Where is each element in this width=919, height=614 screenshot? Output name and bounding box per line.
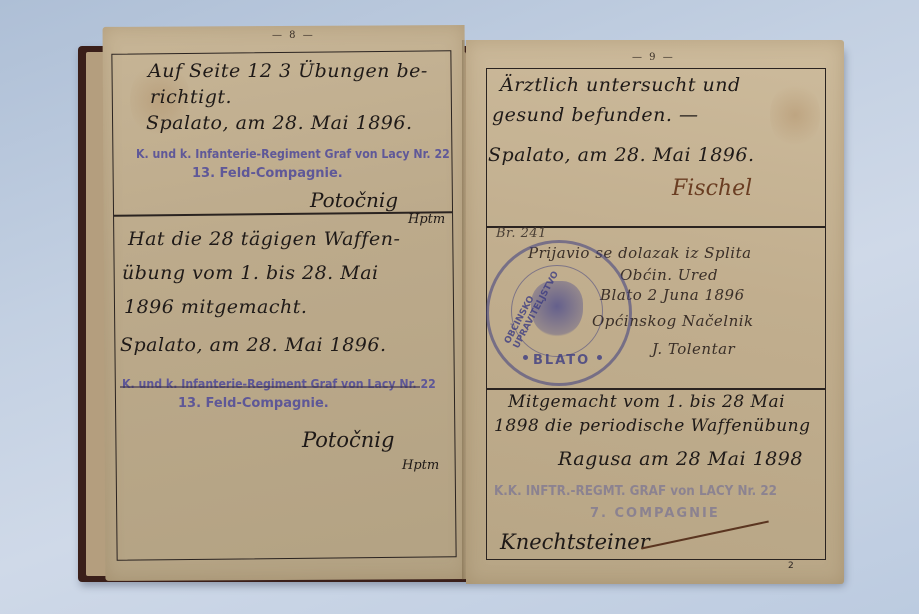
left-entry1-signature: Potočnig (310, 188, 398, 212)
right-entry1-signature: Fischel (672, 176, 752, 201)
left-entry2-stamp-line1: K. und k. Infanterie-Regiment Graf von L… (122, 376, 436, 391)
left-entry2-line2: übung vom 1. bis 28. Mai (122, 262, 379, 284)
right-entry1-place-date: Spalato, am 28. Mai 1896. (488, 144, 755, 166)
left-entry1-signature-title: Hptm (408, 212, 445, 227)
seal-dot (597, 355, 602, 360)
right-entry3-place-date: Ragusa am 28 Mai 1898 (558, 448, 803, 470)
seal-dot (523, 355, 528, 360)
right-entry3-line1: Mitgemacht vom 1. bis 28 Mai (508, 392, 785, 412)
left-entry1-stamp-line1: K. und k. Infanterie-Regiment Graf von L… (136, 146, 450, 161)
right-entry3-line2: 1898 die periodische Waffenübung (494, 416, 811, 436)
left-entry2-stamp-line2: 13. Feld-Compagnie. (178, 396, 329, 411)
left-page-number: — 8 — (272, 30, 315, 41)
right-entry1-line1: Ärztlich untersucht und (500, 74, 741, 96)
right-page-number: — 9 — (632, 52, 675, 63)
right-footer-mark: 2 (788, 561, 794, 571)
left-entry2-signature-title: Hptm (402, 458, 439, 473)
right-entry2-prefix: Br. 241 (496, 226, 547, 241)
right-entry3-stamp-line1: K.K. INFTR.-REGMT. GRAF von LACY Nr. 22 (494, 484, 777, 499)
left-entry2-signature: Potočnig (302, 428, 394, 452)
right-entry3-stamp-line2: 7. COMPAGNIE (590, 506, 720, 521)
stamp-strike-line (120, 386, 420, 388)
right-entry3-signature: Knechtsteiner (500, 530, 650, 554)
left-entry1-line1: Auf Seite 12 3 Übungen be- (148, 60, 428, 82)
left-entry1-place-date: Spalato, am 28. Mai 1896. (146, 112, 413, 134)
right-divider-2 (486, 388, 826, 390)
left-entry2-line3: 1896 mitgemacht. (124, 296, 307, 318)
right-entry1-line2: gesund befunden. — (492, 104, 698, 126)
seal-text-bottom: BLATO (533, 353, 590, 368)
municipal-seal: OBĆINSKO UPRAVITELJSTVO BLATO (486, 240, 632, 386)
right-entry2-line2: Obćin. Ured (620, 266, 718, 284)
left-entry1-line2: richtigt. (150, 86, 232, 108)
right-entry2-signature: J. Tolentar (652, 340, 735, 358)
left-entry1-stamp-line2: 13. Feld-Compagnie. (192, 166, 343, 181)
left-entry2-line1: Hat die 28 tägigen Waffen- (128, 228, 400, 250)
left-entry2-place-date: Spalato, am 28. Mai 1896. (120, 334, 387, 356)
